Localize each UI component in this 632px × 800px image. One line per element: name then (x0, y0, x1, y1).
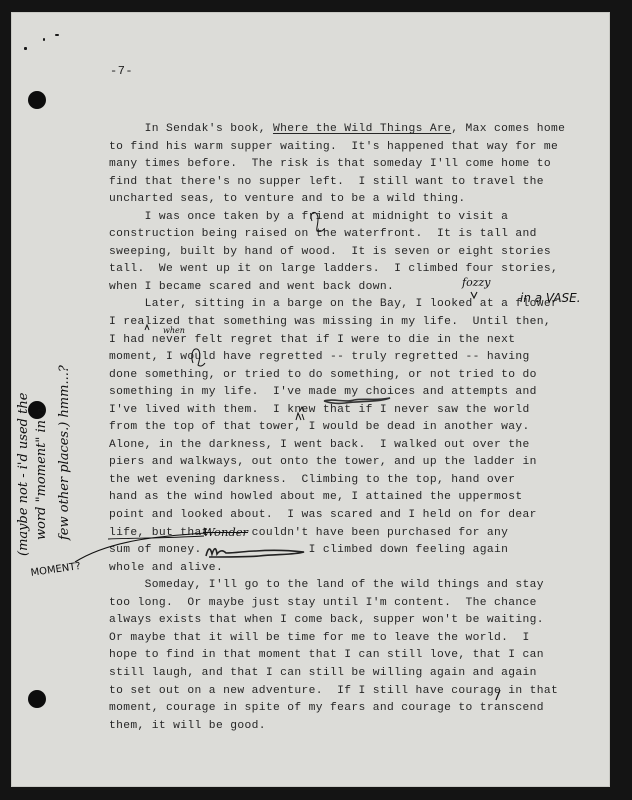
text-line: to find his warm supper waiting. It's ha… (109, 139, 559, 157)
text-line: too long. Or maybe just stay until I'm c… (109, 595, 559, 613)
typed-body-text: In Sendak's book, Where the Wild Things … (109, 121, 559, 735)
text-line: uncharted seas, to venture and to be a w… (109, 191, 559, 209)
text-line: Or maybe that it will be time for me to … (109, 630, 559, 648)
text-line: life, but that couldn't have been purcha… (109, 525, 559, 543)
text-line: Alone, in the darkness, I went back. I w… (109, 437, 559, 455)
text-line: them, it will be good. (109, 718, 559, 736)
text-line: construction being raised on the waterfr… (109, 226, 559, 244)
text-line: I've lived with them. I knew that if I n… (109, 402, 559, 420)
text-line: hope to find in that moment that I can s… (109, 647, 559, 665)
text-line: tall. We went up it on large ladders. I … (109, 261, 559, 279)
text-line: moment, I would have regretted -- truly … (109, 349, 559, 367)
margin-note-line-3: few other places.) hmm...? (55, 365, 74, 540)
annotation-wonder: Wonder (203, 525, 248, 539)
text-line: sweeping, built by hand of wood. It is s… (109, 244, 559, 262)
margin-note-line-1: (maybe not - i'd used the (14, 393, 33, 556)
text-line: something in my life. I've made my choic… (109, 384, 559, 402)
text-line: when I became scared and went back down. (109, 279, 559, 297)
text-line: hand as the wind howled about me, I atta… (109, 489, 559, 507)
text-line: In Sendak's book, Where the Wild Things … (109, 121, 559, 139)
underlined-title: Where the Wild Things Are (273, 123, 451, 135)
text-line: always exists that when I come back, sup… (109, 612, 559, 630)
ink-speck (55, 34, 59, 36)
text-line: Later, sitting in a barge on the Bay, I … (109, 296, 559, 314)
text-line: to set out on a new adventure. If I stil… (109, 683, 559, 701)
text-line: still laugh, and that I can still be wil… (109, 665, 559, 683)
text-line: moment, courage in spite of my fears and… (109, 700, 559, 718)
annotation-fozzy: fozzy (462, 276, 491, 289)
ink-speck (43, 38, 45, 41)
text-line: point and looked about. I was scared and… (109, 507, 559, 525)
margin-note-line-2: word "moment" in a (32, 408, 51, 540)
text-line: whole and alive. (109, 560, 559, 578)
page-number: -7- (110, 64, 133, 78)
punch-hole-bottom (28, 690, 46, 708)
text-line: sum of money. I climbed down feeling aga… (109, 542, 559, 560)
annotation-in-a-vase: in a VASE. (520, 291, 581, 305)
text-line: from the top of that tower, I would be d… (109, 419, 559, 437)
text-line: find that there's no supper left. I stil… (109, 174, 559, 192)
annotation-when: when (163, 326, 185, 335)
text-line: the wet evening darkness. Climbing to th… (109, 472, 559, 490)
text-line: done something, or tried to do something… (109, 367, 559, 385)
text-line: I was once taken by a friend at midnight… (109, 209, 559, 227)
punch-hole-top (28, 91, 46, 109)
text-line: piers and walkways, out onto the tower, … (109, 454, 559, 472)
text-line: many times before. The risk is that some… (109, 156, 559, 174)
ink-speck (24, 47, 27, 50)
text-line: Someday, I'll go to the land of the wild… (109, 577, 559, 595)
